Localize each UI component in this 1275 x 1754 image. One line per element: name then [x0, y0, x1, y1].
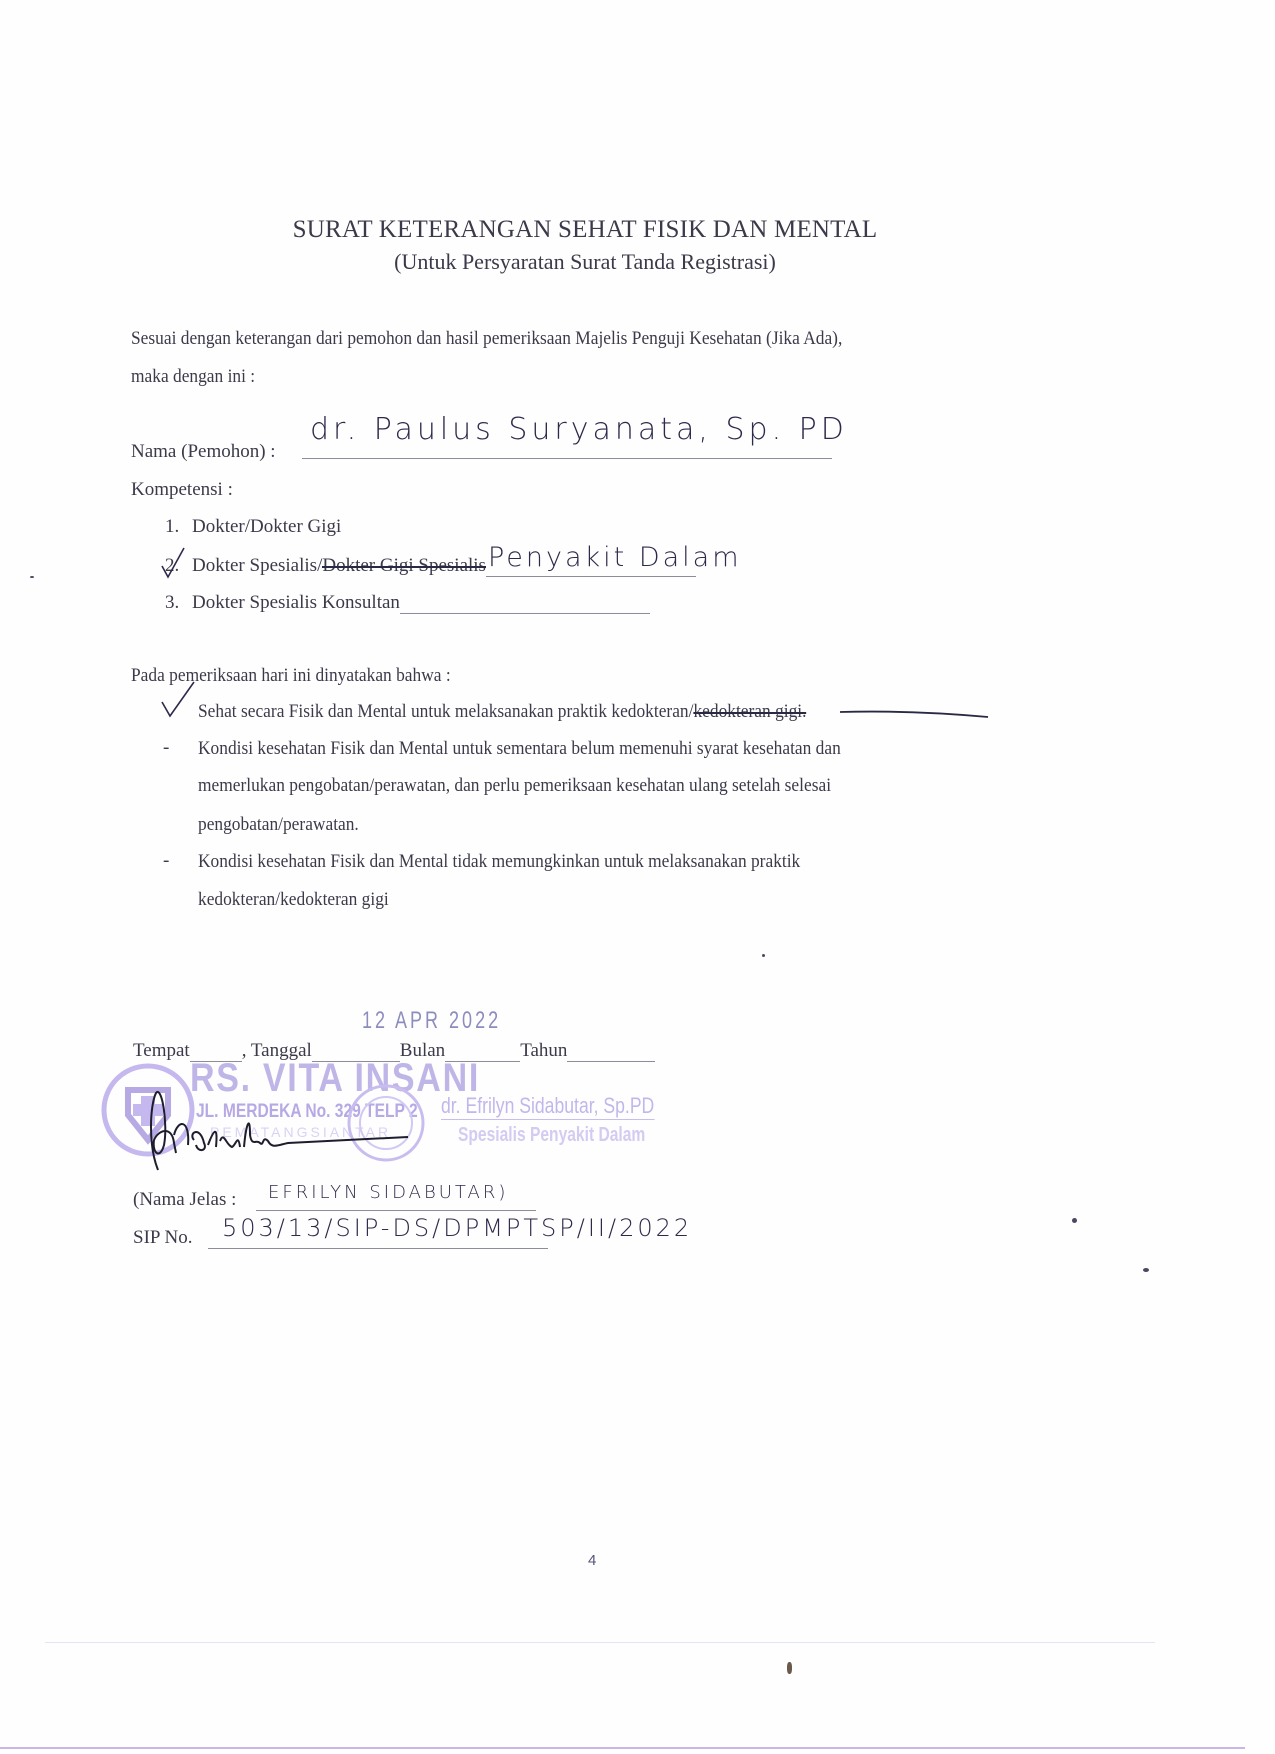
name-value: dr. Paulus Suryanata, Sp. PD	[310, 412, 848, 447]
scan-artifact-line	[45, 1642, 1155, 1643]
result-2-line-2: memerlukan pengobatan/perawatan, dan per…	[198, 776, 831, 797]
name-field[interactable]: dr. Paulus Suryanata, Sp. PD	[302, 412, 832, 459]
checkmark-icon	[159, 546, 187, 580]
doctor-stamp-name: dr. Efrilyn Sidabutar, Sp.PD	[441, 1093, 654, 1120]
signature	[138, 1085, 458, 1175]
competence-item-1: 1. Dokter/Dokter Gigi	[165, 516, 341, 538]
struck-dental-option: Dokter Gigi Spesialis	[322, 555, 486, 576]
specialty-field[interactable]: Penyakit Dalam	[486, 554, 696, 577]
sip-value: 503/13/SIP-DS/DPMPTSP/II/2022	[222, 1214, 692, 1242]
page-number: 4	[588, 1552, 596, 1569]
clear-name-field[interactable]: EFRILYN SIDABUTAR)	[256, 1180, 536, 1211]
consultant-field[interactable]	[400, 593, 650, 614]
competence-label: Kompetensi :	[131, 479, 233, 501]
strike-stroke	[840, 708, 990, 720]
result-3-line-1: Kondisi kesehatan Fisik dan Mental tidak…	[198, 852, 800, 873]
name-label: Nama (Pemohon) :	[131, 441, 276, 463]
competence-item-2: 2. Dokter Spesialis/Dokter Gigi Spesiali…	[165, 554, 696, 577]
result-2-line-1: Kondisi kesehatan Fisik dan Mental untuk…	[198, 739, 841, 760]
result-2-line-3: pengobatan/perawatan.	[198, 815, 359, 836]
scan-speck	[30, 576, 34, 578]
intro-line-1: Sesuai dengan keterangan dari pemohon da…	[131, 329, 842, 350]
document-title: SURAT KETERANGAN SEHAT FISIK DAN MENTAL	[0, 216, 1170, 244]
scan-speck	[762, 954, 765, 957]
scan-speck	[787, 1662, 792, 1674]
year-field[interactable]	[567, 1043, 655, 1062]
date-stamp: 12 APR 2022	[362, 1007, 501, 1035]
document-subtitle: (Untuk Persyaratan Surat Tanda Registras…	[0, 249, 1170, 275]
intro-line-2: maka dengan ini :	[131, 367, 255, 388]
specialty-value: Penyakit Dalam	[488, 542, 742, 573]
result-2-bullet: -	[163, 737, 169, 759]
result-3-line-2: kedokteran/kedokteran gigi	[198, 890, 389, 911]
competence-item-3: 3. Dokter Spesialis Konsultan	[165, 592, 650, 614]
scan-edge-line	[0, 1747, 1245, 1749]
scan-speck	[1143, 1268, 1149, 1272]
sip-field[interactable]: 503/13/SIP-DS/DPMPTSP/II/2022	[208, 1216, 548, 1249]
sip-label: SIP No.	[133, 1227, 192, 1249]
checkmark-icon	[160, 680, 196, 720]
clear-name-value: EFRILYN SIDABUTAR)	[268, 1182, 508, 1203]
doctor-stamp-specialty: Spesialis Penyakit Dalam	[458, 1124, 645, 1147]
scan-speck	[1072, 1218, 1077, 1223]
clear-name-label: (Nama Jelas :	[133, 1189, 236, 1211]
result-3-bullet: -	[163, 850, 169, 872]
result-1: Sehat secara Fisik dan Mental untuk mela…	[198, 702, 806, 723]
